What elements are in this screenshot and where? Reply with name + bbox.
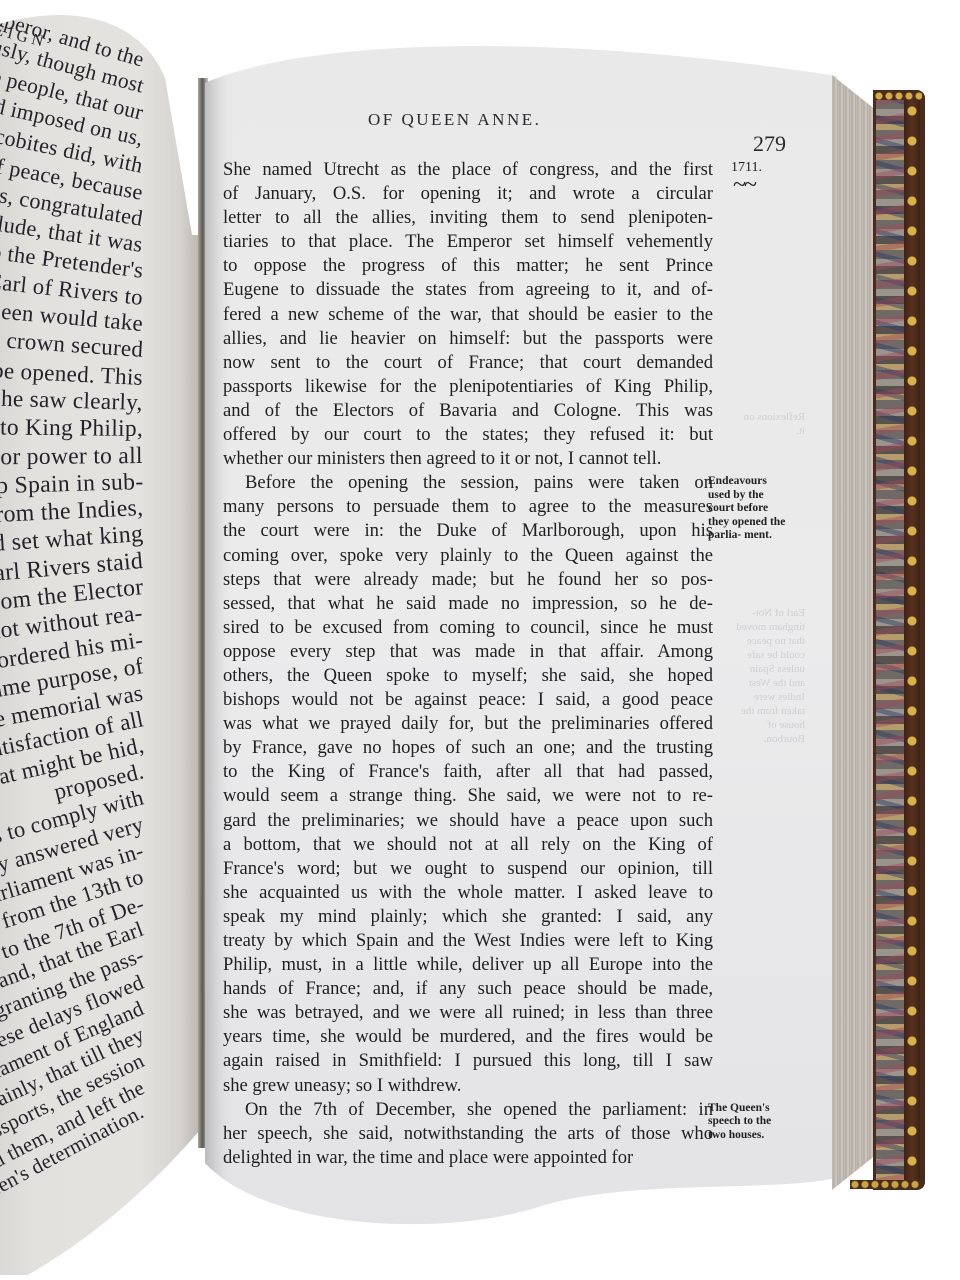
gilt-tooled-border-bottom xyxy=(850,1180,920,1189)
text-line: sessed, that what he said made no impres… xyxy=(223,592,713,616)
text-line: she was betrayed, and we were all ruined… xyxy=(223,1001,713,1025)
text-line: treaty by which Spain and the West Indie… xyxy=(223,929,713,953)
left-page: REIGN e Emperor, and to thezealously, th… xyxy=(0,0,200,1275)
text-line: gard the preliminaries; we should have a… xyxy=(223,809,713,833)
text-line: the court were in: the Duke of Marlborou… xyxy=(223,519,713,543)
text-line: now sent to the court of France; that co… xyxy=(223,351,713,375)
text-line: her speech, she said, notwithstanding th… xyxy=(223,1122,713,1146)
text-line: was what we prayed daily for, but the pr… xyxy=(223,712,713,736)
marbled-endpaper xyxy=(876,100,906,1180)
page-number: 279 xyxy=(753,131,786,157)
text-line: sired to be excused from coming to counc… xyxy=(223,616,713,640)
running-head: OF QUEEN ANNE. xyxy=(368,110,541,130)
text-line: hands of France; and, if any such peace … xyxy=(223,977,713,1001)
margin-note-queens-speech: The Queen's speech to the two houses. xyxy=(708,1102,788,1142)
text-line: Philip, must, in a little while, deliver… xyxy=(223,953,713,977)
text-line: letter to all the allies, inviting them … xyxy=(223,206,713,230)
text-line: whether our ministers then agreed to it … xyxy=(223,447,713,471)
text-line: others, the Queen spoke to myself; she s… xyxy=(223,664,713,688)
text-line: speak my mind plainly; which she granted… xyxy=(223,905,713,929)
left-text-line: ere left to King Philip, xyxy=(0,414,143,443)
text-line: tiaries to that place. The Emperor set h… xyxy=(223,230,713,254)
text-line: many persons to persuade them to agree t… xyxy=(223,495,713,519)
text-line: again raised in Smithfield: I pursued th… xyxy=(223,1049,713,1073)
margin-note-endeavours: Endeavours used by the court before they… xyxy=(708,475,788,542)
text-line: coming over, spoke very plainly to the Q… xyxy=(223,544,713,568)
left-text-line: superior power to all xyxy=(0,443,143,472)
text-line: France's word; but we ought to suspend o… xyxy=(223,857,713,881)
gilt-tooled-border xyxy=(904,96,920,1184)
text-line: allies, and lie heavier on himself: but … xyxy=(223,327,713,351)
text-line: delighted in war, the time and place wer… xyxy=(223,1146,713,1170)
gilt-tooled-border-top xyxy=(874,92,922,100)
text-line: would seem a strange thing. She said, we… xyxy=(223,784,713,808)
text-line: passports likewise for the plenipotentia… xyxy=(223,375,713,399)
text-line: Eugene to dissuade the states from agree… xyxy=(223,278,713,302)
text-line: fered a new scheme of the war, that shou… xyxy=(223,303,713,327)
text-line: bishops would not be against peace: I sa… xyxy=(223,688,713,712)
right-page: OF QUEEN ANNE. 279 1711. ~~ Reflexions o… xyxy=(205,28,837,1248)
page-fore-edge xyxy=(832,75,874,1190)
text-line: of January, O.S. for opening it; and wro… xyxy=(223,182,713,206)
text-line: years time, she would be murdered, and t… xyxy=(223,1025,713,1049)
text-line: steps that were already made; but he fou… xyxy=(223,568,713,592)
text-line: a bottom, that we should not at all rely… xyxy=(223,833,713,857)
text-line: oppose every step that was made in that … xyxy=(223,640,713,664)
body-text: She named Utrecht as the place of congre… xyxy=(223,158,713,1170)
left-text-line: or; for he saw clearly, xyxy=(0,384,143,417)
text-line: On the 7th of December, she opened the p… xyxy=(223,1098,713,1122)
text-line: She named Utrecht as the place of congre… xyxy=(223,158,713,182)
text-line: and of the Electors of Bavaria and Colog… xyxy=(223,399,713,423)
text-line: by France, gave no hopes of such an one;… xyxy=(223,736,713,760)
text-line: to the King of France's faith, after all… xyxy=(223,760,713,784)
text-line: to oppose the progress of this matter; h… xyxy=(223,254,713,278)
text-line: she acquainted us with the whole matter.… xyxy=(223,881,713,905)
bleed-through-note: Reflexions on it. xyxy=(735,410,805,438)
text-line: she grew uneasy; so I withdrew. xyxy=(223,1074,713,1098)
text-line: Before the opening the session, pains we… xyxy=(223,471,713,495)
text-line: offered by our court to the states; they… xyxy=(223,423,713,447)
year-ornament: ~~ xyxy=(733,172,755,199)
bleed-through-note: Earl of Not- tingham moved that no peace… xyxy=(735,606,805,746)
